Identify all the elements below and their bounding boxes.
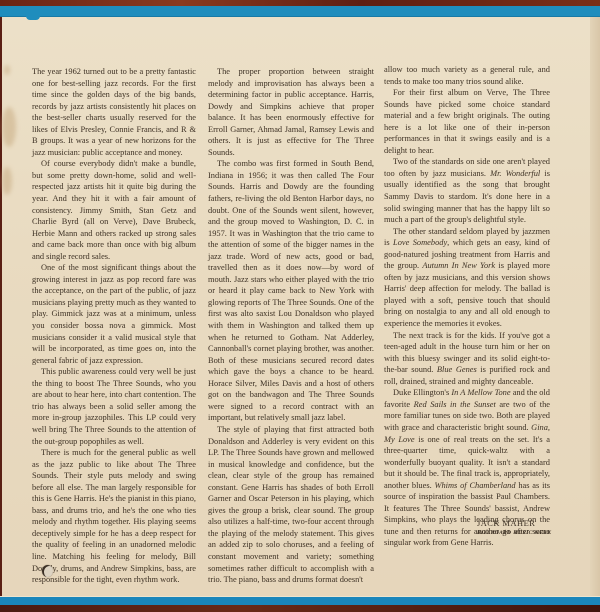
paragraph-text: has as its source of inspiration the bas… [384,481,550,548]
song-title: Whims of Chamberland [435,481,516,490]
paragraph: The combo was first formed in South Bend… [208,158,374,424]
song-title: Red Sails in the Sunset [414,400,496,409]
song-title: Love Somebody [393,238,447,247]
paragraph-text: The style of playing that first attracte… [208,425,374,584]
punch-hole-mark [42,565,53,577]
paragraph: One of the most significant things about… [32,262,196,366]
paragraph-text: The combo was first formed in South Bend… [208,159,374,422]
paragraph: The style of playing that first attracte… [208,424,374,586]
song-title: Autumn In New York [422,261,495,270]
author-publication: Billboard Music Week [477,529,551,537]
text-column-2: The proper proportion between straight m… [208,66,374,586]
paragraph-text: is played more often by jazz musicians, … [384,261,550,328]
paragraph-text: The year 1962 turned out to be a pretty … [32,67,196,157]
paragraph-text: One of the most significant things about… [32,263,196,364]
paragraph: Of course everybody didn't make a bundle… [32,158,196,262]
text-column-3: allow too much variety as a general rule… [384,64,550,549]
text-column-1: The year 1962 turned out to be a pretty … [32,66,196,586]
paragraph: For their first album on Verve, The Thre… [384,87,550,156]
song-title: In A Mellow Tone [451,388,510,397]
author-name: JACK MAHER [477,518,551,529]
paragraph-text: Of course everybody didn't make a bundle… [32,159,196,260]
author-signature: JACK MAHER Billboard Music Week [477,518,551,537]
paragraph-text: allow too much variety as a general rule… [384,65,550,86]
paragraph: This public awareness could very well be… [32,366,196,447]
record-sleeve-back-cover: The year 1962 turned out to be a pretty … [0,6,600,606]
paragraph-text: There is much for the general public as … [32,448,196,584]
paragraph: The next track is for the kids. If you'v… [384,330,550,388]
paragraph: allow too much variety as a general rule… [384,64,550,87]
paragraph: The other standard seldom played by jazz… [384,226,550,330]
paragraph: There is much for the general public as … [32,447,196,586]
paragraph-text: This public awareness could very well be… [32,367,196,445]
liner-notes-text: The year 1962 turned out to be a pretty … [0,6,600,606]
song-title: Blue Genes [437,365,477,374]
song-title: Mr. Wonderful [490,169,540,178]
paragraph: The year 1962 turned out to be a pretty … [32,66,196,158]
paragraph-text: For their first album on Verve, The Thre… [384,88,550,155]
paragraph-text: The proper proportion between straight m… [208,67,374,157]
paragraph: The proper proportion between straight m… [208,66,374,158]
paragraph-text: Duke Ellington's [393,388,451,397]
paragraph: Two of the standards on side one aren't … [384,156,550,225]
